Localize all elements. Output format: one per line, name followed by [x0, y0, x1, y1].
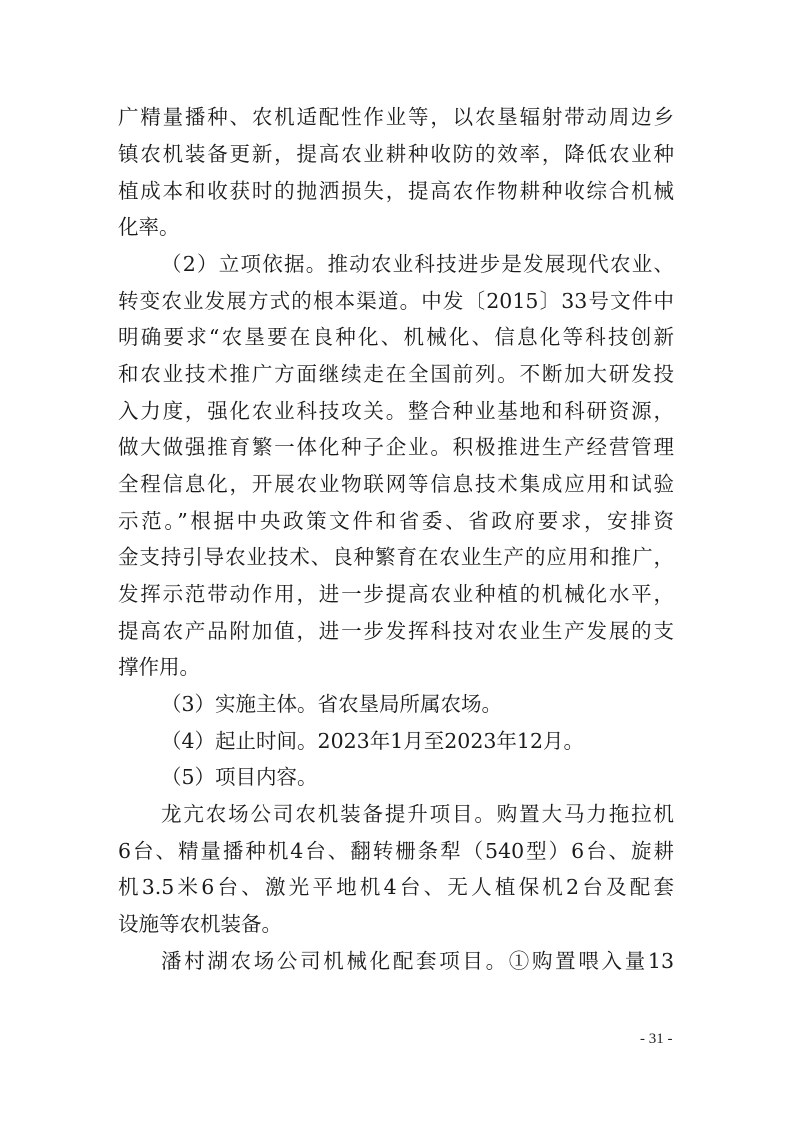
text-line: 金支持引导农业技术、良种繁育在农业生产的应用和推广， — [118, 542, 674, 572]
text-line: 明确要求“农垦要在良种化、机械化、信息化等科技创新 — [118, 322, 674, 352]
paragraph-heading-period: （4）起止时间。2023年1月至2023年12月。 — [161, 726, 674, 756]
text-line: 做大做强推育繁一体化种子企业。积极推进生产经营管理 — [118, 432, 674, 462]
text-line: 潘村湖农场公司机械化配套项目。①购置喂入量13 — [161, 946, 674, 976]
text-line: 示范。”根据中央政策文件和省委、省政府要求，安排资 — [118, 506, 674, 536]
text-line: 全程信息化，开展农业物联网等信息技术集成应用和试验 — [118, 469, 674, 499]
text-line: 植成本和收获时的抛洒损失，提高农作物耕种收综合机械 — [118, 176, 674, 206]
text-line: 和农业技术推广方面继续走在全国前列。不断加大研发投 — [118, 359, 674, 389]
text-line: 转变农业发展方式的根本渠道。中发〔2015〕33号文件中 — [118, 286, 674, 316]
text-line: 提高农产品附加值，进一步发挥科技对农业生产发展的支 — [118, 616, 674, 646]
text-line: 发挥示范带动作用，进一步提高农业种植的机械化水平， — [118, 579, 674, 609]
paragraph-heading-subject: （3）实施主体。省农垦局所属农场。 — [161, 689, 674, 719]
paragraph-heading-content: （5）项目内容。 — [161, 762, 674, 792]
text-line: 化率。 — [118, 212, 674, 242]
text-line: 6台、精量播种机4台、翻转栅条犁（540型）6台、旋耕 — [118, 836, 674, 866]
text-line: 入力度，强化农业科技攻关。整合种业基地和科研资源， — [118, 396, 674, 426]
paragraph-heading-basis: （2）立项依据。推动农业科技进步是发展现代农业、 — [161, 249, 674, 279]
text-line: 镇农机装备更新，提高农业耕种收防的效率，降低农业种 — [118, 139, 674, 169]
text-line: 撑作用。 — [118, 652, 674, 682]
page-number: - 31 - — [640, 1031, 673, 1048]
text-line: 设施等农机装备。 — [118, 909, 674, 939]
document-page: 广精量播种、农机适配性作业等，以农垦辐射带动周边乡 镇农机装备更新，提高农业耕种… — [0, 0, 794, 1123]
text-line: 机3.5米6台、激光平地机4台、无人植保机2台及配套 — [118, 872, 674, 902]
text-line: 龙亢农场公司农机装备提升项目。购置大马力拖拉机 — [161, 799, 674, 829]
text-line: 广精量播种、农机适配性作业等，以农垦辐射带动周边乡 — [118, 102, 674, 132]
